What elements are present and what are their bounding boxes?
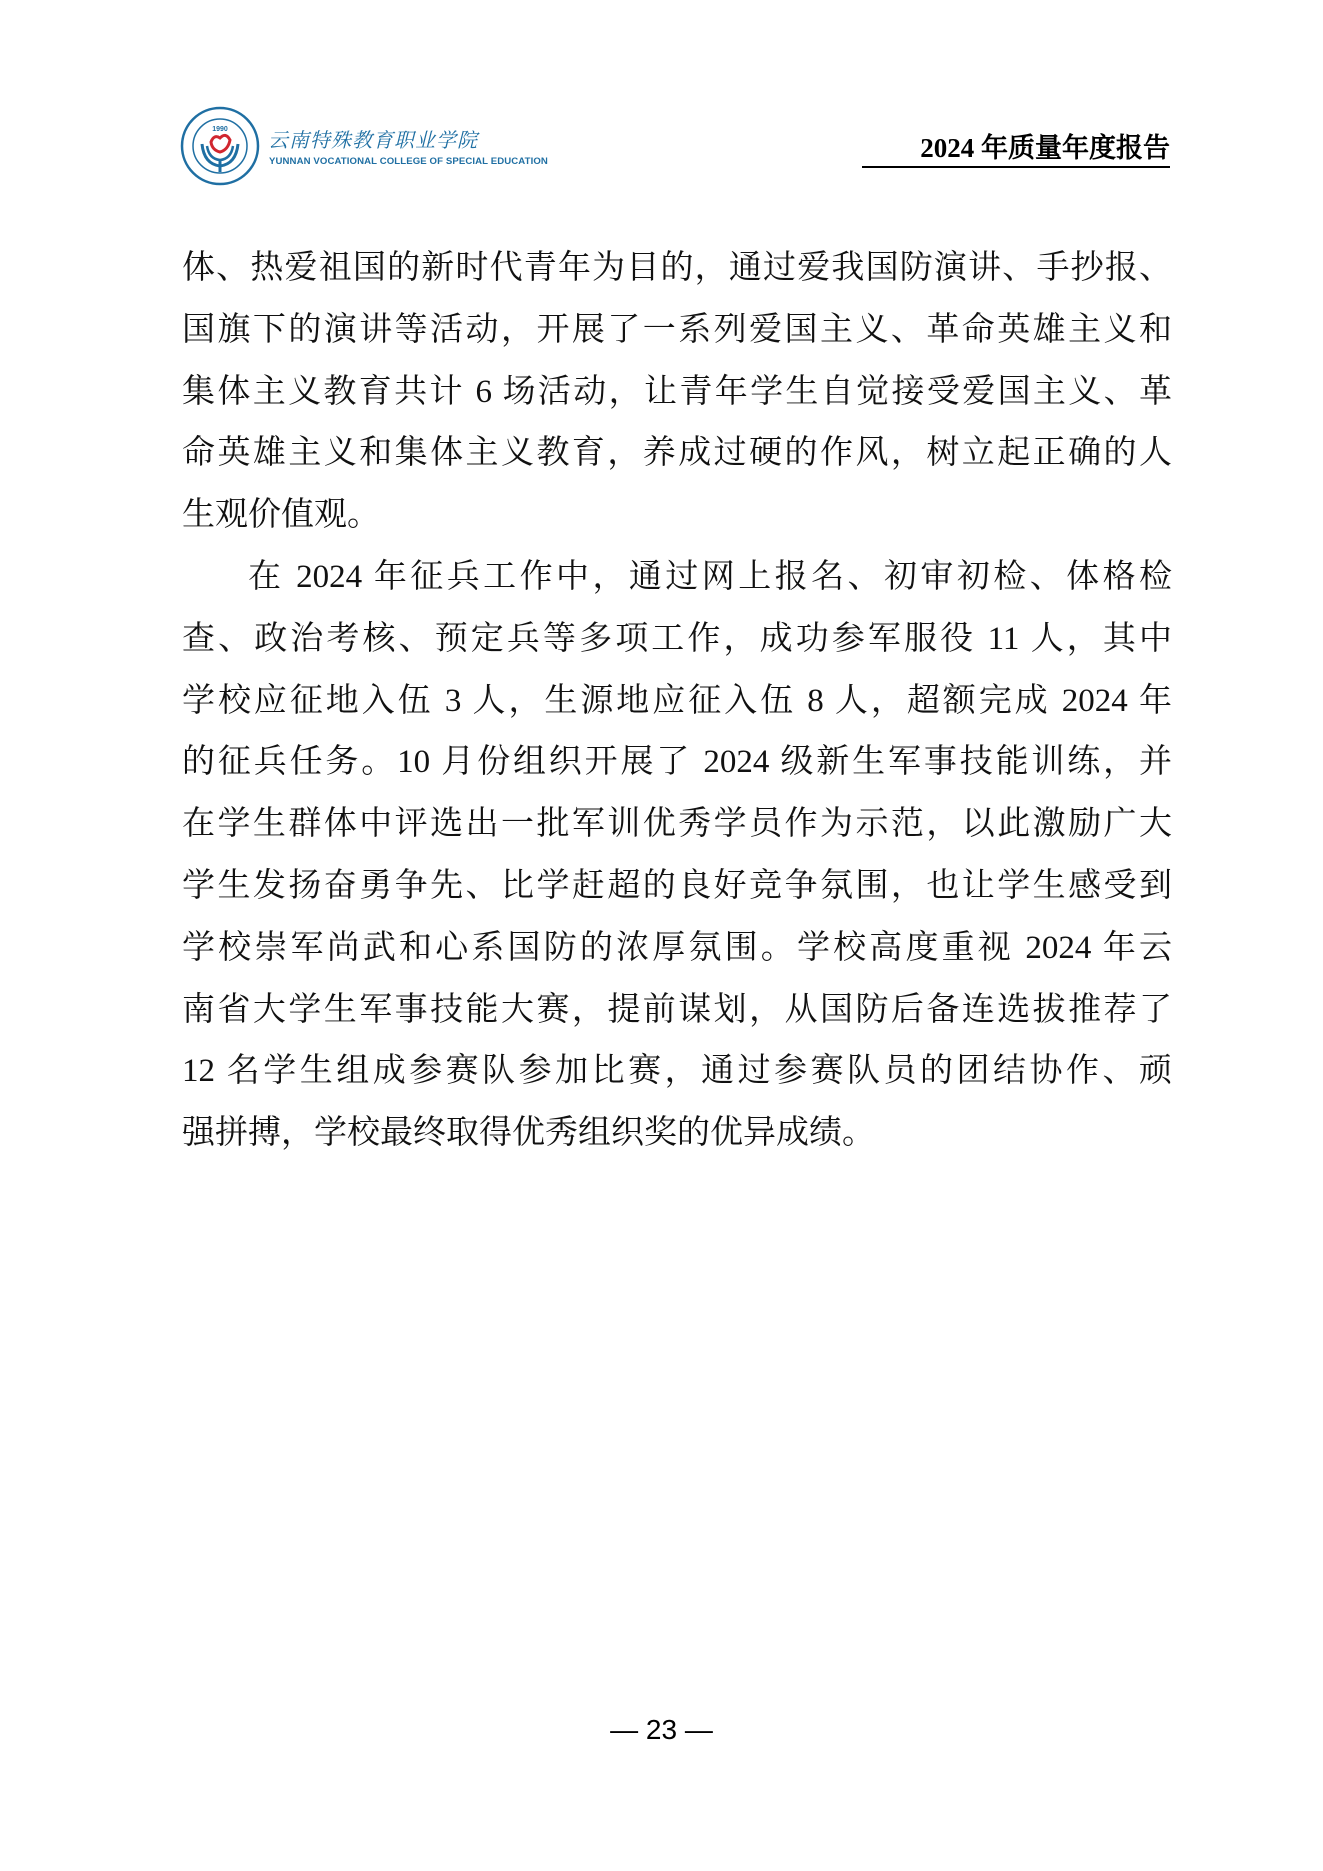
college-name-cn: 云南特殊教育职业学院 [268, 124, 478, 153]
college-name-en: YUNNAN VOCATIONAL COLLEGE OF SPECIAL EDU… [269, 156, 548, 167]
text-line: 12 名学生组成参赛队参加比赛，通过参赛队员的团结协作、顽 [182, 1041, 1172, 1103]
text-line: 生观价值观。 [182, 485, 1172, 547]
text-line: 学校应征地入伍 3 人，生源地应征入伍 8 人，超额完成 2024 年 [182, 671, 1172, 733]
text-line: 体、热爱祖国的新时代青年为目的，通过爱我国防演讲、手抄报、 [182, 238, 1172, 300]
text-line: 在 2024 年征兵工作中，通过网上报名、初审初检、体格检 [182, 547, 1172, 609]
page-header: 1990 云南特殊教育职业学院 YUNNAN VOCATIONAL COLLEG… [180, 100, 1170, 180]
paragraph-1: 体、热爱祖国的新时代青年为目的，通过爱我国防演讲、手抄报、 国旗下的演讲等活动，… [182, 238, 1172, 547]
header-divider [862, 166, 1170, 168]
text-line: 学生发扬奋勇争先、比学赶超的良好竞争氛围，也让学生感受到 [182, 856, 1172, 918]
text-line: 南省大学生军事技能大赛，提前谋划，从国防后备连选拔推荐了 [182, 980, 1172, 1042]
text-line: 集体主义教育共计 6 场活动，让青年学生自觉接受爱国主义、革 [182, 362, 1172, 424]
report-title: 2024 年质量年度报告 [920, 126, 1170, 165]
college-seal-icon: 1990 [180, 106, 260, 186]
svg-text:1990: 1990 [212, 126, 228, 133]
text-line: 强拼搏，学校最终取得优秀组织奖的优异成绩。 [182, 1103, 1172, 1165]
college-logo: 1990 云南特殊教育职业学院 YUNNAN VOCATIONAL COLLEG… [180, 106, 480, 192]
text-line: 国旗下的演讲等活动，开展了一系列爱国主义、革命英雄主义和 [182, 300, 1172, 362]
paragraph-2: 在 2024 年征兵工作中，通过网上报名、初审初检、体格检 查、政治考核、预定兵… [182, 547, 1172, 1165]
body-text: 体、热爱祖国的新时代青年为目的，通过爱我国防演讲、手抄报、 国旗下的演讲等活动，… [182, 238, 1172, 1165]
text-line: 查、政治考核、预定兵等多项工作，成功参军服役 11 人，其中 [182, 609, 1172, 671]
page-number: — 23 — [0, 1714, 1323, 1746]
text-line: 在学生群体中评选出一批军训优秀学员作为示范，以此激励广大 [182, 794, 1172, 856]
document-page: 1990 云南特殊教育职业学院 YUNNAN VOCATIONAL COLLEG… [0, 0, 1323, 1871]
text-line: 学校崇军尚武和心系国防的浓厚氛围。学校高度重视 2024 年云 [182, 918, 1172, 980]
text-line: 的征兵任务。10 月份组织开展了 2024 级新生军事技能训练，并 [182, 732, 1172, 794]
text-line: 命英雄主义和集体主义教育，养成过硬的作风，树立起正确的人 [182, 423, 1172, 485]
